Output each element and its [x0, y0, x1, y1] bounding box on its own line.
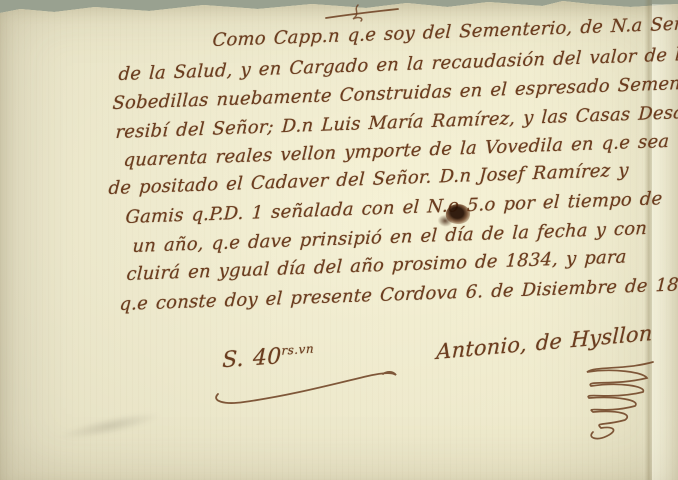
rubric-scribble-icon [553, 356, 668, 448]
swash-underline-icon [208, 366, 403, 408]
cross-flourish-icon [322, 2, 402, 24]
amount-units: rs.vn [281, 341, 314, 357]
scanned-manuscript: Como Capp.n q.e soy del Sementerio, de N… [0, 0, 678, 480]
